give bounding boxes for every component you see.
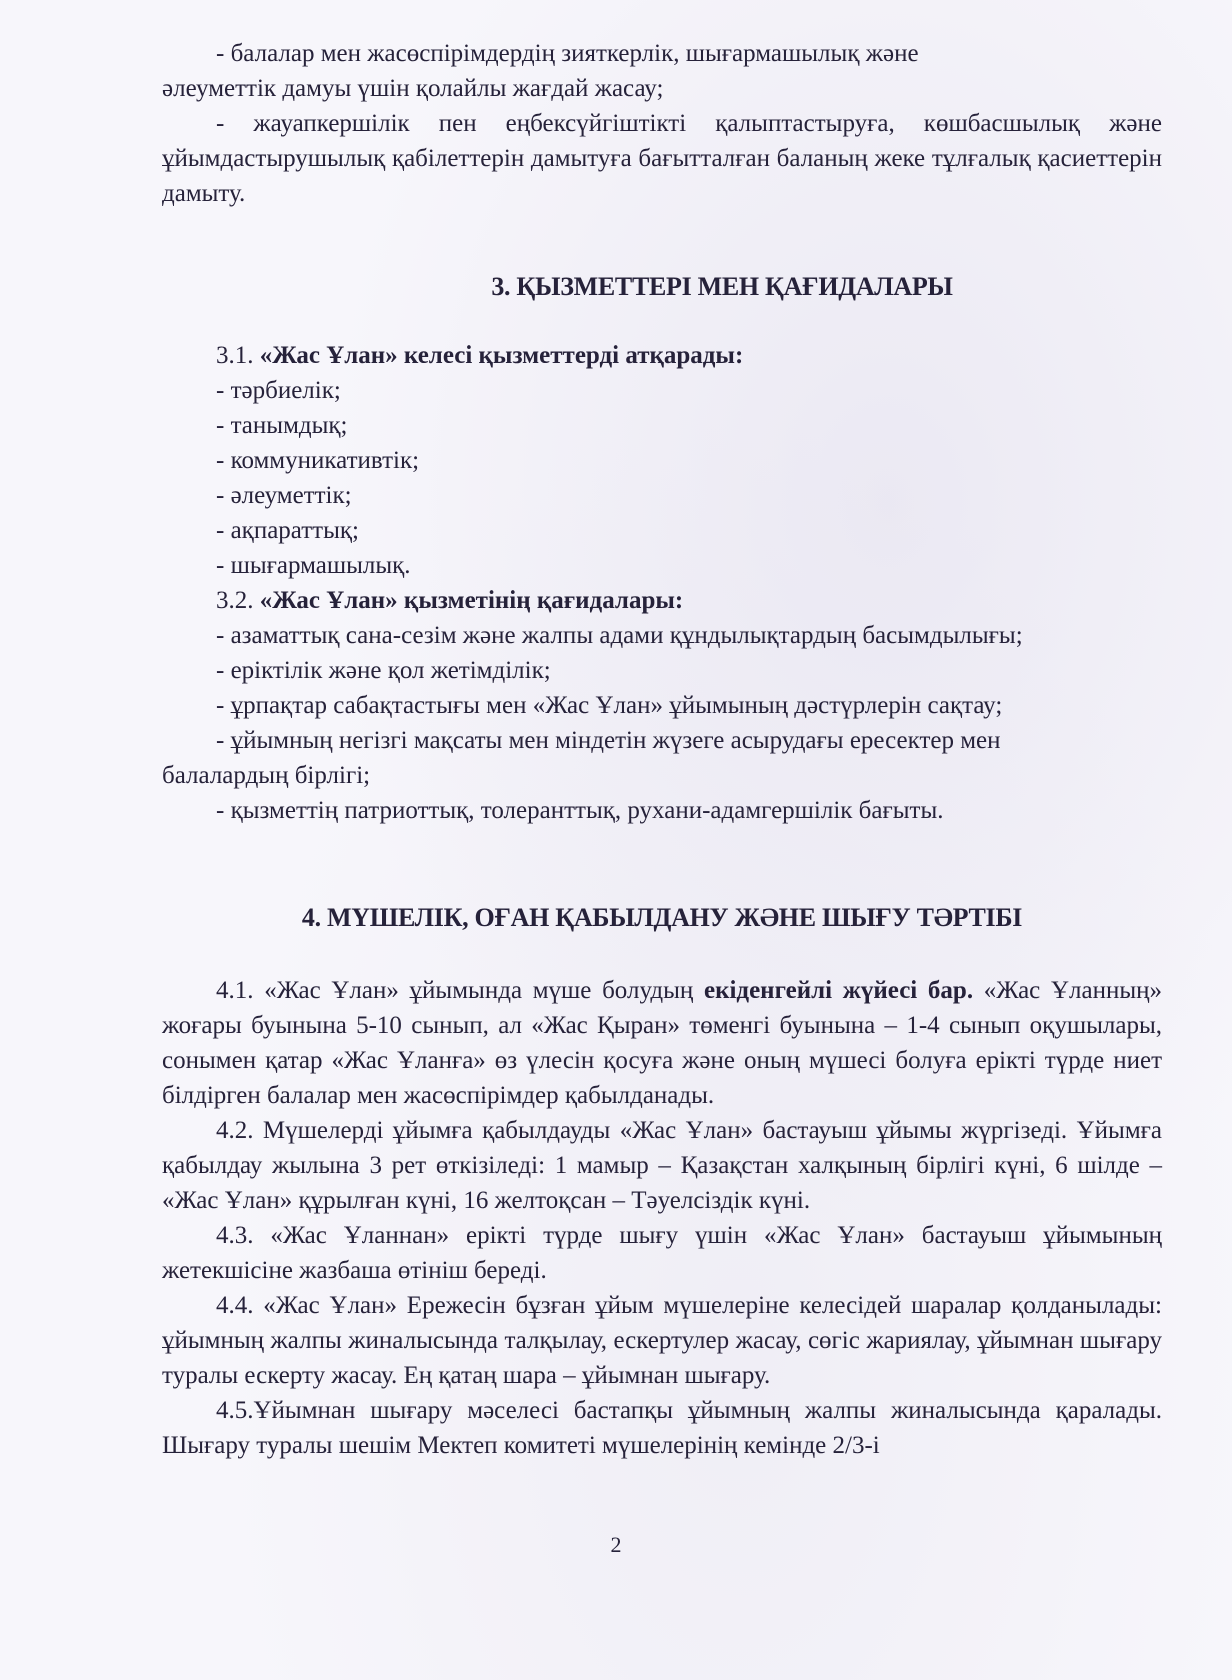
page-number: 2 bbox=[0, 1532, 1232, 1558]
paragraph-4-5: 4.5.Ұйымнан шығару мәселесі бастапқы ұйы… bbox=[162, 1393, 1162, 1463]
intro-item-1-line-1: - балалар мен жасөспірімдердің зияткерлі… bbox=[216, 40, 919, 67]
subsection-3-2-number: 3.2. bbox=[216, 587, 254, 614]
principle-item: - қызметтің патриоттық, толеранттық, рух… bbox=[216, 793, 1162, 828]
principle-item: - азаматтық сана-сезім және жалпы адами … bbox=[216, 618, 1162, 653]
document-page: - балалар мен жасөспірімдердің зияткерлі… bbox=[162, 36, 1162, 1463]
paragraph-4-3: 4.3. «Жас Ұланнан» ерікті түрде шығу үші… bbox=[162, 1218, 1162, 1288]
principle-item-continuation: балалардың бірлігі; bbox=[162, 758, 1162, 793]
section-4-title: 4. МҮШЕЛІК, ОҒАН ҚАБЫЛДАНУ ЖӘНЕ ШЫҒУ ТӘР… bbox=[162, 900, 1162, 935]
subsection-3-2-heading: 3.2. «Жас Ұлан» қызметінің қағидалары: bbox=[216, 583, 1162, 618]
intro-item-1-cont: әлеуметтік дамуы үшін қолайлы жағдай жас… bbox=[162, 71, 1162, 106]
intro-item-1-line-2: әлеуметтік дамуы үшін қолайлы жағдай жас… bbox=[162, 75, 663, 102]
function-item: - шығармашылық. bbox=[216, 548, 1162, 583]
function-item: - ақпараттық; bbox=[216, 513, 1162, 548]
subsection-3-1-number: 3.1. bbox=[216, 342, 254, 369]
paragraph-4-2: 4.2. Мүшелерді ұйымға қабылдауды «Жас Ұл… bbox=[162, 1113, 1162, 1218]
function-item: - коммуникативтік; bbox=[216, 443, 1162, 478]
subsection-3-1-title: «Жас Ұлан» келесі қызметтерді атқарады: bbox=[260, 342, 744, 369]
principle-item: - еріктілік және қол жетімділік; bbox=[216, 653, 1162, 688]
function-item: - тәрбиелік; bbox=[216, 373, 1162, 408]
intro-item-2: - жауапкершілік пен еңбексүйгіштікті қал… bbox=[162, 106, 1162, 211]
subsection-3-2-title: «Жас Ұлан» қызметінің қағидалары: bbox=[260, 587, 683, 614]
section-4-body: 4.1. «Жас Ұлан» ұйымында мүше болудың ек… bbox=[162, 973, 1162, 1463]
section-3-body: 3.1. «Жас Ұлан» келесі қызметтерді атқар… bbox=[162, 338, 1162, 828]
function-item: - әлеуметтік; bbox=[216, 478, 1162, 513]
paragraph-4-1-bold: екіденгейлі жүйесі бар. bbox=[704, 977, 973, 1004]
function-item: - танымдық; bbox=[216, 408, 1162, 443]
paragraph-4-4: 4.4. «Жас Ұлан» Ережесін бұзған ұйым мүш… bbox=[162, 1288, 1162, 1393]
principle-item: - ұрпақтар сабақтастығы мен «Жас Ұлан» ұ… bbox=[216, 688, 1162, 723]
paragraph-4-1-lead: 4.1. «Жас Ұлан» ұйымында мүше болудың bbox=[216, 977, 704, 1004]
principle-item: - ұйымның негізгі мақсаты мен міндетін ж… bbox=[216, 723, 1162, 758]
section-3-title: 3. ҚЫЗМЕТТЕРІ МЕН ҚАҒИДАЛАРЫ bbox=[282, 269, 1162, 304]
subsection-3-1-heading: 3.1. «Жас Ұлан» келесі қызметтерді атқар… bbox=[216, 338, 1162, 373]
paragraph-4-1: 4.1. «Жас Ұлан» ұйымында мүше болудың ек… bbox=[162, 973, 1162, 1113]
intro-item-1: - балалар мен жасөспірімдердің зияткерлі… bbox=[162, 36, 1162, 71]
